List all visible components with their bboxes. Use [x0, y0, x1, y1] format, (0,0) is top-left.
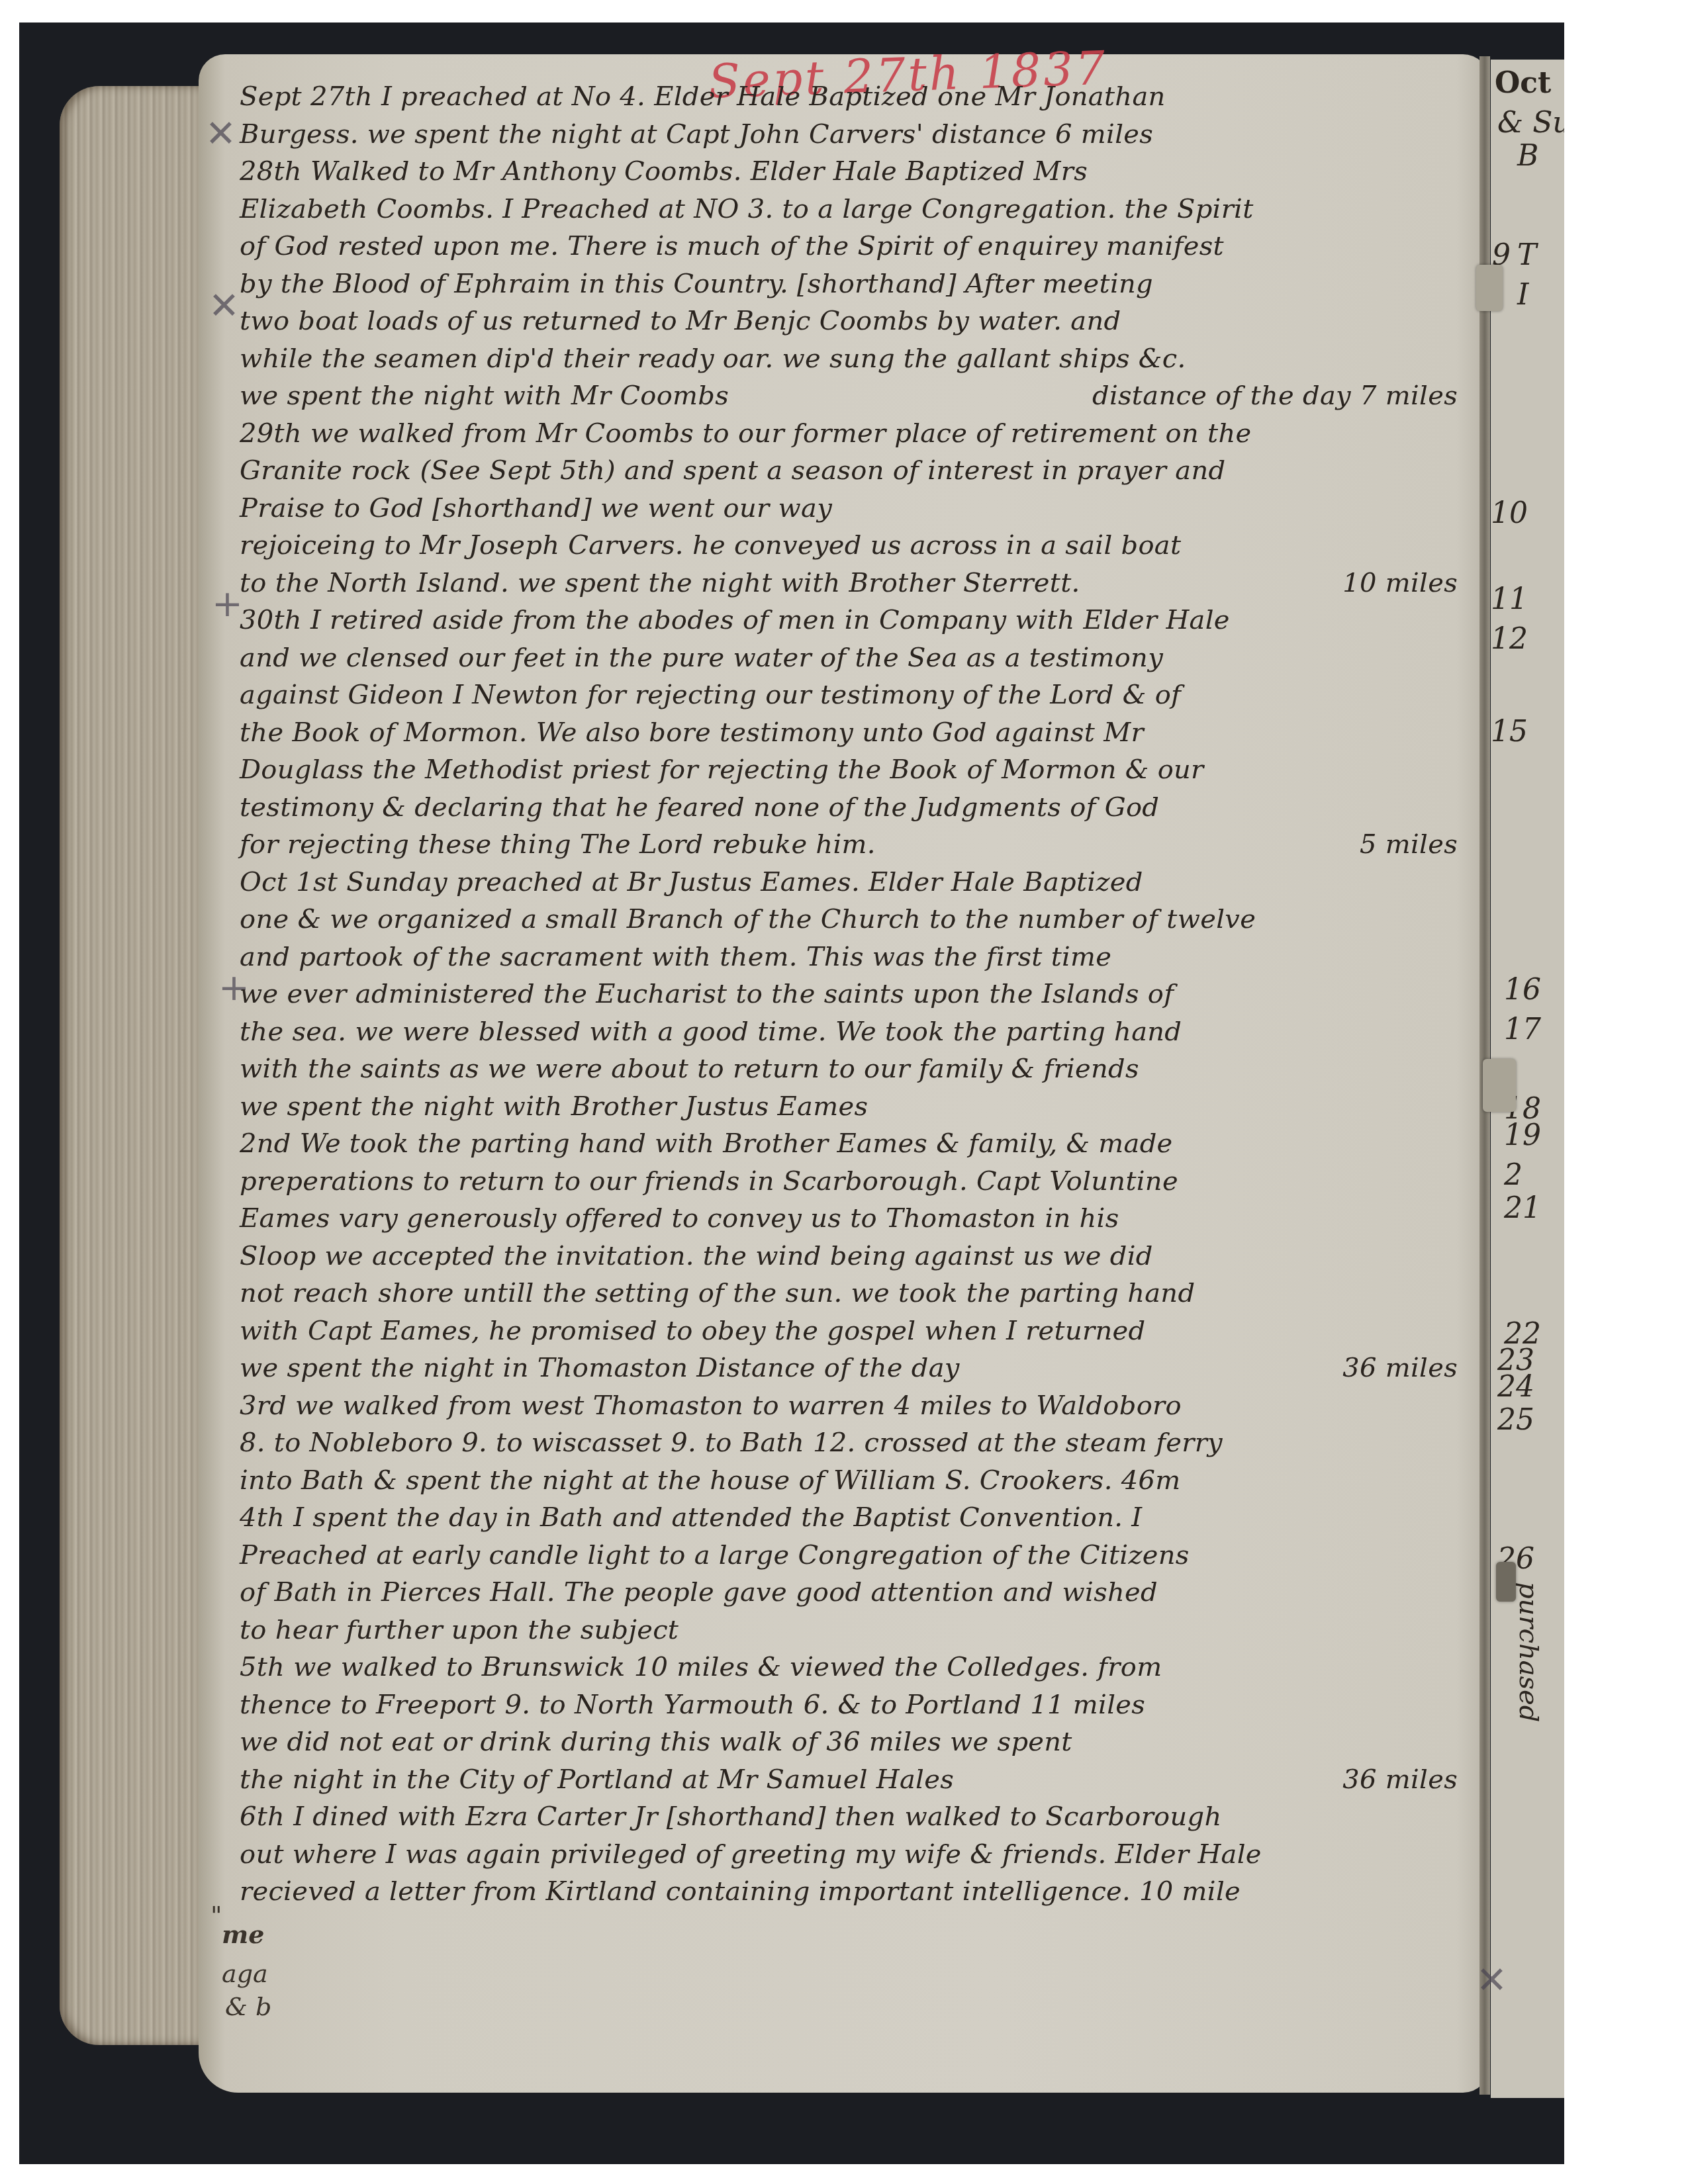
facing-letter: B	[1517, 139, 1538, 173]
facing-letter: I	[1517, 278, 1528, 312]
text-line: 4th I spent the day in Bath and attended…	[240, 1499, 1484, 1537]
text-line: Elizabeth Coombs. I Preached at NO 3. to…	[240, 191, 1484, 228]
distance-note: 10 miles	[1342, 565, 1458, 602]
left-margin-note: me	[222, 1919, 264, 1949]
text-line: the sea. we were blessed with a good tim…	[240, 1013, 1484, 1051]
facing-date: 16	[1504, 973, 1541, 1007]
text-line: while the seamen dip'd their ready oar. …	[240, 340, 1484, 378]
text-line: and we clensed our feet in the pure wate…	[240, 639, 1484, 677]
text-line: of God rested upon me. There is much of …	[240, 228, 1484, 265]
text-line: Sept 27th I preached at No 4. Elder Hale…	[240, 78, 1484, 116]
text-line: 30th I retired aside from the abodes of …	[240, 602, 1484, 639]
facing-date: 11	[1491, 582, 1528, 616]
text-line: for rejecting these thing The Lord rebuk…	[240, 826, 1484, 864]
cross-mark-icon: +	[212, 582, 243, 625]
distance-note: 36 miles	[1342, 1349, 1458, 1387]
text-line: not reach shore untill the setting of th…	[240, 1275, 1484, 1312]
left-margin-note: aga	[222, 1959, 268, 1988]
facing-vertical-note: purchased	[1513, 1582, 1544, 1722]
text-line: Granite rock (See Sept 5th) and spent a …	[240, 452, 1484, 490]
text-line: the night in the City of Portland at Mr …	[240, 1761, 1484, 1799]
x-mark-icon: ✕	[205, 113, 236, 156]
text-line: Burgess. we spent the night at Capt John…	[240, 116, 1484, 154]
facing-date: 24	[1497, 1370, 1534, 1404]
text-line: with the saints as we were about to retu…	[240, 1050, 1484, 1088]
distance-note: 5 miles	[1360, 826, 1458, 864]
text-line: testimony & declaring that he feared non…	[240, 789, 1484, 827]
text-line: Eames vary generously offered to convey …	[240, 1200, 1484, 1238]
x-mark-icon: ✕	[1476, 1959, 1507, 2002]
text-line: into Bath & spent the night at the house…	[240, 1462, 1484, 1500]
text-line: two boat loads of us returned to Mr Benj…	[240, 302, 1484, 340]
facing-date: 15	[1491, 715, 1528, 749]
text-line: by the Blood of Ephraim in this Country.…	[240, 265, 1484, 303]
text-line: 8. to Nobleboro 9. to wiscasset 9. to Ba…	[240, 1424, 1484, 1462]
facing-month: Oct	[1495, 66, 1551, 100]
text-line: rejoiceing to Mr Joseph Carvers. he conv…	[240, 527, 1484, 565]
text-line: Preached at early candle light to a larg…	[240, 1537, 1484, 1574]
facing-date: 25	[1497, 1403, 1534, 1437]
text-line: Sloop we accepted the invitation. the wi…	[240, 1238, 1484, 1275]
left-margin-note: "	[211, 1901, 222, 1930]
text-line: preperations to return to our friends in…	[240, 1163, 1484, 1201]
facing-date: 12	[1491, 622, 1528, 656]
page-tear	[1496, 1562, 1516, 1602]
facing-letter: T	[1517, 238, 1536, 272]
text-line: 3rd we walked from west Thomaston to war…	[240, 1387, 1484, 1425]
text-line: to the North Island. we spent the night …	[240, 565, 1484, 602]
text-line: we did not eat or drink during this walk…	[240, 1723, 1484, 1761]
text-line: recieved a letter from Kirtland containi…	[240, 1873, 1484, 1911]
text-line: Douglass the Methodist priest for reject…	[240, 751, 1484, 789]
text-line: we spent the night in Thomaston Distance…	[240, 1349, 1484, 1387]
text-line: with Capt Eames, he promised to obey the…	[240, 1312, 1484, 1350]
facing-date: 21	[1504, 1191, 1541, 1225]
x-mark-icon: ✕	[209, 285, 240, 328]
text-line: we spent the night with Mr Coombsdistanc…	[240, 377, 1484, 415]
text-line: thence to Freeport 9. to North Yarmouth …	[240, 1686, 1484, 1724]
text-line: 2nd We took the parting hand with Brothe…	[240, 1125, 1484, 1163]
left-margin-note: & b	[225, 1992, 271, 2021]
text-line: 29th we walked from Mr Coombs to our for…	[240, 415, 1484, 453]
text-line: and partook of the sacrament with them. …	[240, 938, 1484, 976]
text-line: out where I was again privileged of gree…	[240, 1836, 1484, 1874]
text-line: we spent the night with Brother Justus E…	[240, 1088, 1484, 1126]
text-line: Oct 1st Sunday preached at Br Justus Eam…	[240, 864, 1484, 901]
facing-date: 10	[1491, 496, 1528, 530]
distance-note: distance of the day 7 miles	[1092, 377, 1458, 415]
text-line: one & we organized a small Branch of the…	[240, 901, 1484, 938]
facing-date: 17	[1504, 1013, 1541, 1046]
distance-note: 36 miles	[1342, 1761, 1458, 1799]
text-line: 28th Walked to Mr Anthony Coombs. Elder …	[240, 153, 1484, 191]
text-line: to hear further upon the subject	[240, 1612, 1484, 1649]
facing-date: 2	[1504, 1158, 1523, 1192]
text-line: 6th I dined with Ezra Carter Jr [shortha…	[240, 1798, 1484, 1836]
binding-thread	[1483, 1059, 1516, 1112]
facing-date: 19	[1504, 1118, 1541, 1152]
text-line: 5th we walked to Brunswick 10 miles & vi…	[240, 1649, 1484, 1686]
journal-text: Sept 27th I preached at No 4. Elder Hale…	[240, 78, 1484, 1911]
text-line: the Book of Mormon. We also bore testimo…	[240, 714, 1484, 752]
text-line: against Gideon I Newton for rejecting ou…	[240, 676, 1484, 714]
facing-letter: & Su	[1497, 106, 1564, 140]
text-line: Praise to God [shorthand] we went our wa…	[240, 490, 1484, 527]
text-line: of Bath in Pierces Hall. The people gave…	[240, 1574, 1484, 1612]
text-line: we ever administered the Eucharist to th…	[240, 976, 1484, 1013]
